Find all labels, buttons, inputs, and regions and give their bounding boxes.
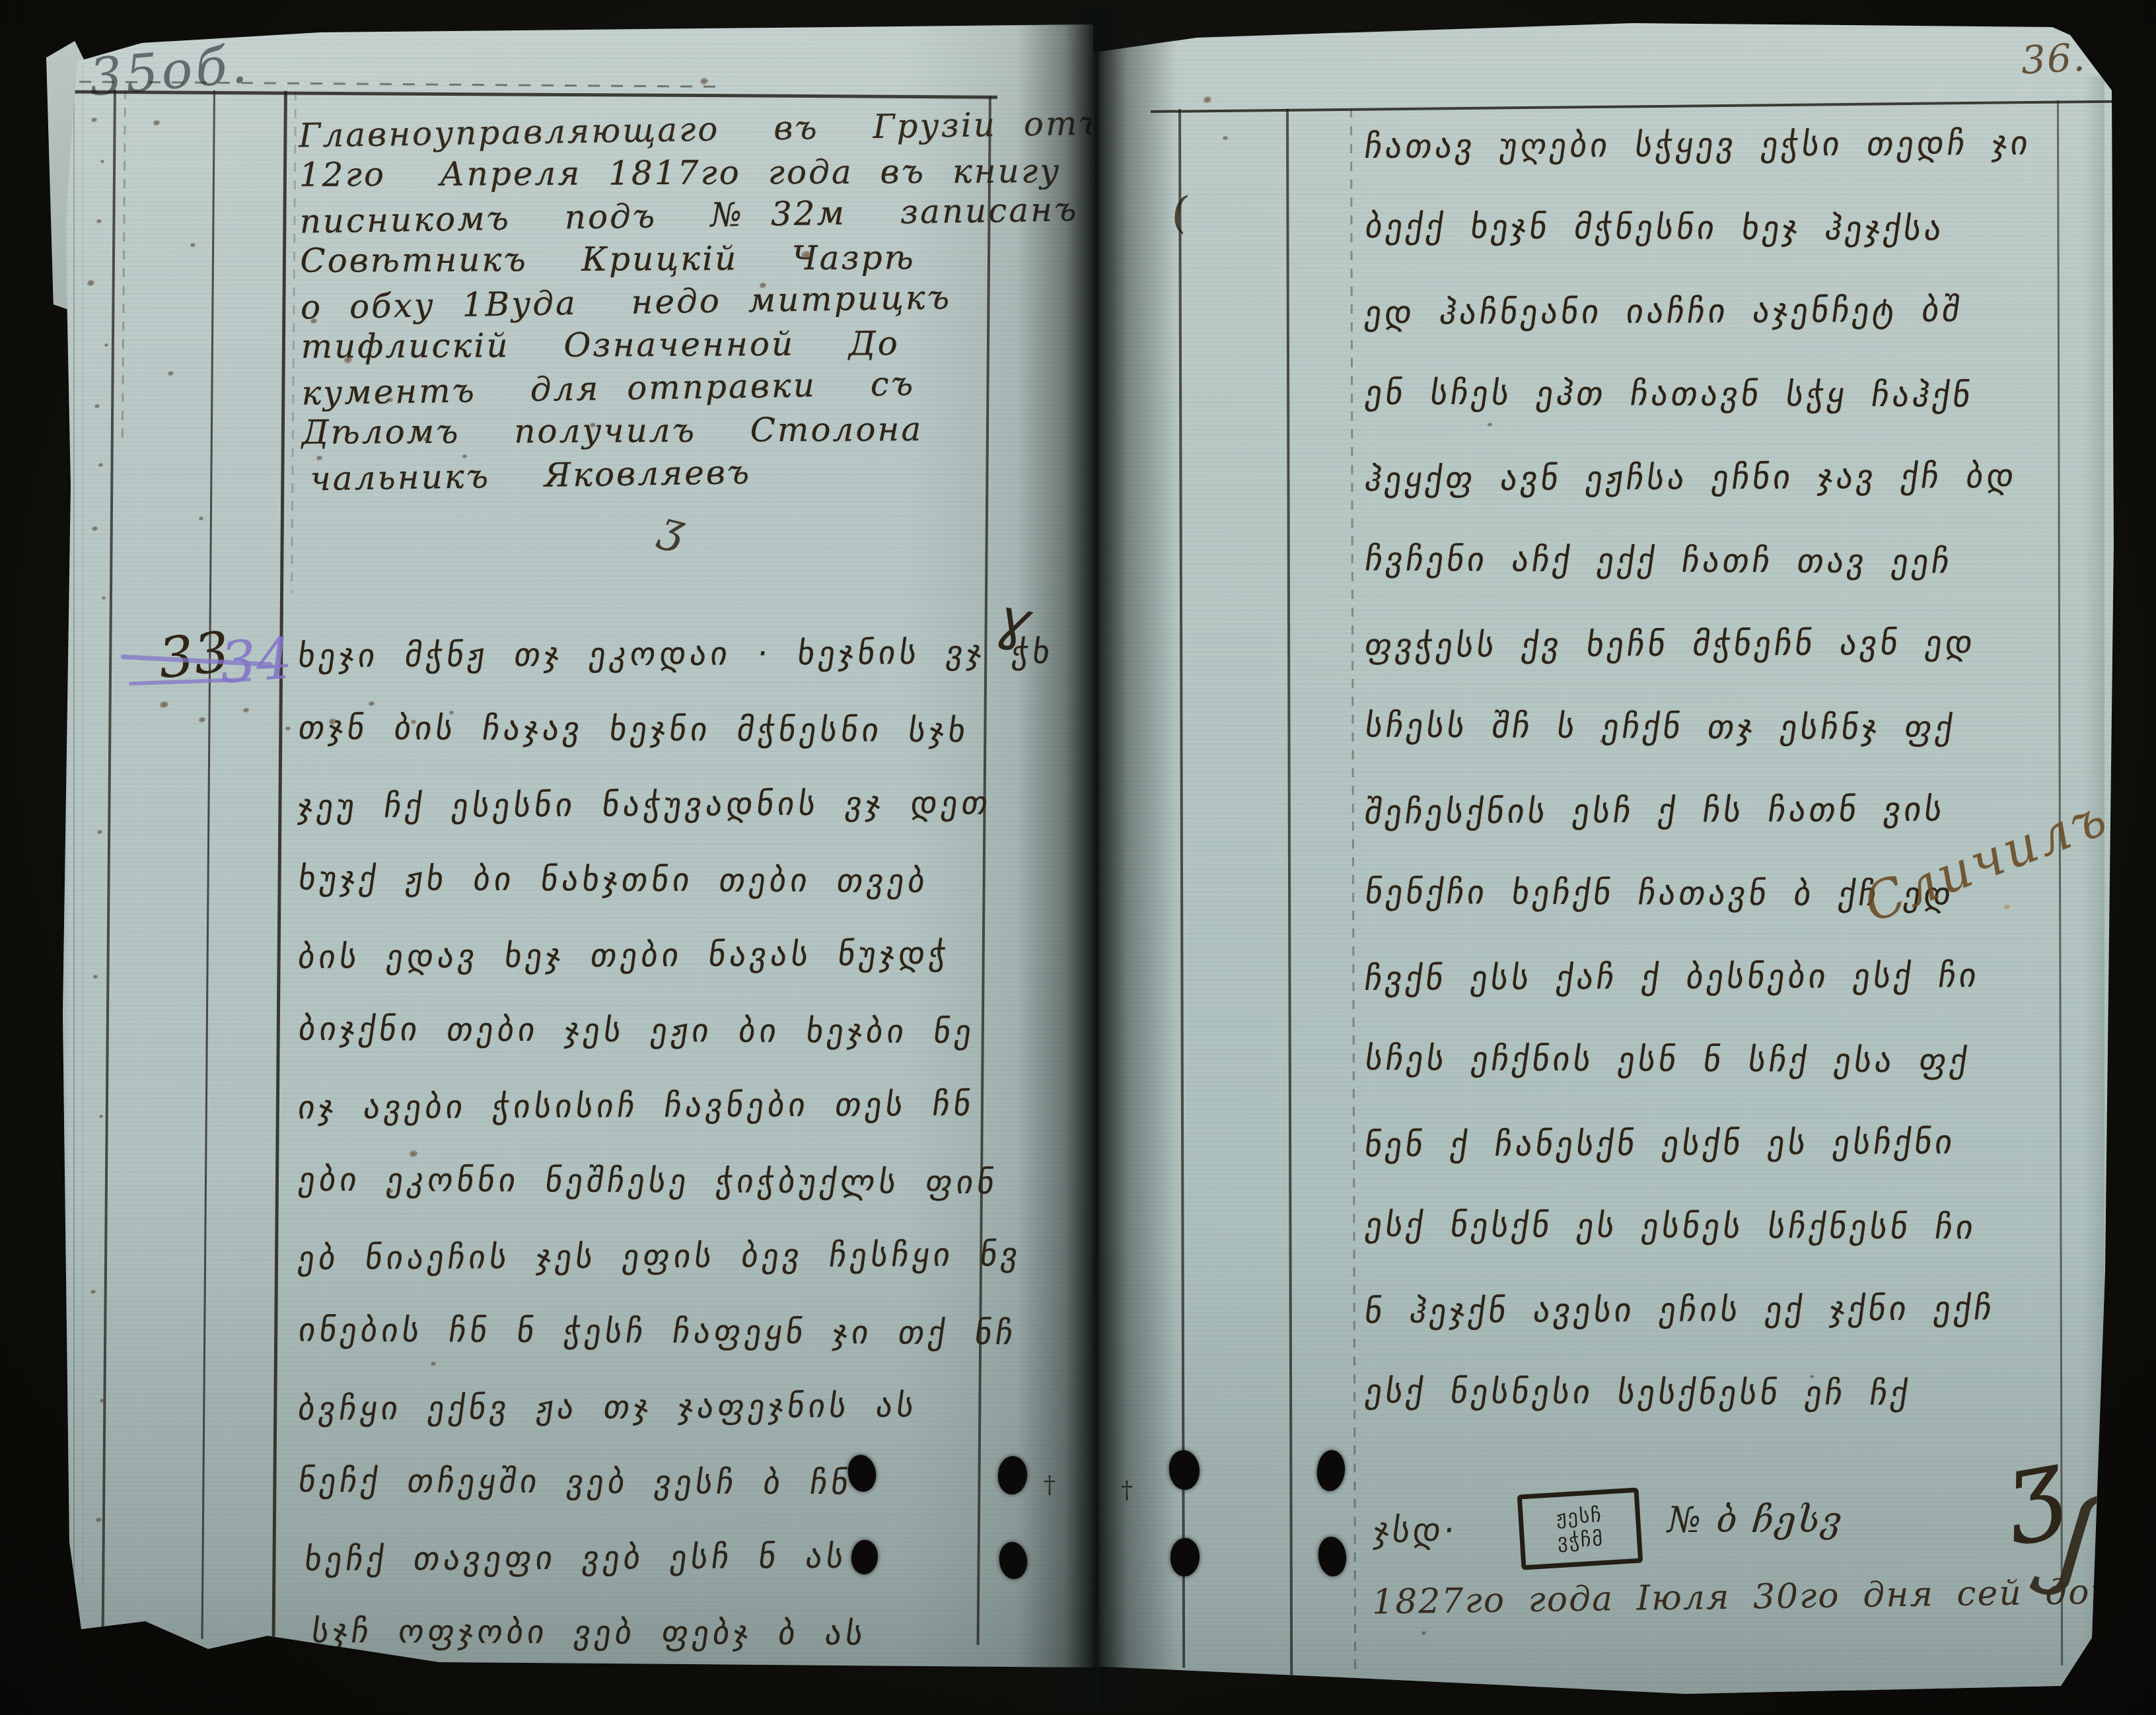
handwriting-line: ბექქ ხეჯნ მჭნესნი ხეჯ ჰეჯქსა xyxy=(1356,207,2111,294)
right-page: 36. ( ჩათავ უღები სჭყევ ეჭსი თედჩ ჯიბექქ… xyxy=(1091,17,2115,1697)
column-rule xyxy=(272,91,287,1643)
handwriting-line: სჩეს ეჩქნის ესნ ნ სჩქ ესა ფქ xyxy=(1356,1039,2111,1126)
handwriting-line: тифлискій Означенной До xyxy=(301,324,1021,370)
handwriting-line: ბიჯქნი თები ჯეს ეჟი ბი ხეჯბი ნე xyxy=(291,1010,1021,1089)
stamp-text-line: ვჭჩმ xyxy=(1557,1527,1604,1554)
page-edge-line xyxy=(73,56,75,1615)
handwriting-line: ნენ ქ ჩანესქნ ესქნ ეს ესჩქნი xyxy=(1356,1122,2111,1209)
handwriting-line: чальникъ Яковляевъ xyxy=(310,448,1023,503)
handwriting-line: ჩათავ უღები სჭყევ ეჭსი თედჩ ჯი xyxy=(1356,123,2111,211)
handwriting-line: ნ ჰეჯქნ ავესი ეჩის ექ ჯქნი ექჩ xyxy=(1356,1288,2111,1376)
handwriting-line: Совѣтникъ Крицкій Чазрѣ xyxy=(300,238,1020,285)
stamp-text-line: ჟესჩ xyxy=(1556,1504,1603,1530)
handwriting-line: ხუჯქ ჟხ ბი ნახჯთნი თები თვებ xyxy=(291,860,1021,938)
handwriting-line: ესქ ნესქნ ეს ესნეს სჩქნესნ ჩი xyxy=(1356,1206,2111,1292)
left-folio-number: 35об. xyxy=(87,35,253,108)
handwriting-line: თჯნ ბის ჩაჯავ ხეჯნი მჭნესნი სჯხ xyxy=(291,709,1021,788)
handwriting-line: ესქ ნესნესი სესქნესნ ეჩ ჩქ xyxy=(1356,1372,2111,1459)
handwriting-line: Главноуправляющаго въ Грузіи отъ xyxy=(299,105,1019,159)
handwriting-line: ბვჩყი ექნვ ჟა თჯ ჯაფეჯნის ას xyxy=(291,1386,1021,1465)
column-rule-dashed xyxy=(1350,108,1356,1677)
handwriting-line: ფვჭესს ქვ ხეჩნ მჭნეჩნ ავნ ედ xyxy=(1356,623,2111,710)
handwriting-line: кументъ для отправки съ xyxy=(301,363,1022,417)
page-edge-line xyxy=(83,63,83,1588)
handwriting-line: ჯეუ ჩქ ესესნი ნაჭუვადნის ვჯ დეთ xyxy=(291,784,1021,863)
handwriting-line: სჯჩ ოფჯობი ვებ ფებჯ ბ ას xyxy=(304,1613,1021,1691)
handwriting-line: ენ სჩეს ეჰთ ჩათავნ სჭყ ჩაჰქნ xyxy=(1356,374,2111,460)
entry-number-violet: 34 xyxy=(218,625,295,696)
stamp-suffix-text: № ბ ჩესვ xyxy=(1667,1499,1844,1541)
handwriting-line: ინების ჩნ ნ ჭესჩ ჩაფეყნ ჯი თქ ნჩ xyxy=(291,1312,1021,1390)
column-rule xyxy=(1286,109,1293,1677)
handwriting-line: ები ეკონნი ნეშჩესე ჭიჭბუქლს ფინ xyxy=(291,1161,1021,1240)
right-folio-number: 36. xyxy=(2020,34,2087,83)
russian-header-text: Главноуправляющаго въ Грузіи отъ12го Апр… xyxy=(299,107,1023,501)
handwriting-line: ედ ჰაჩნეანი იაჩჩი აჯენჩეტ ბშ xyxy=(1356,290,2111,377)
handwriting-line: ბის ედავ ხეჯ თები ნავას ნუჯდჭ xyxy=(291,934,1021,1014)
left-page: 35об. 33 34 Главноуправляющаго въ Грузіи… xyxy=(43,23,1093,1667)
handwriting-line: писникомъ подъ № 32м записанъ xyxy=(299,191,1020,245)
handwriting-line: ნეჩქ თჩეყში ვებ ვესჩ ბ ჩნ xyxy=(291,1462,1021,1541)
handwriting-line: სჩესს შჩ ს ეჩქნ თჯ ესჩნჯ ფქ xyxy=(1356,707,2111,793)
column-rule xyxy=(102,90,116,1635)
margin-pen-mark: ( xyxy=(1168,186,1192,239)
column-rule-dashed xyxy=(291,91,297,593)
pen-flourish: ʒ xyxy=(655,502,690,555)
column-rule xyxy=(1178,109,1185,1667)
handwriting-line: ხეჩქ თავეფი ვებ ესჩ ნ ას xyxy=(297,1537,1021,1616)
handwriting-line: ჰეყქფ ავნ ეჟჩსა ეჩნი ჯავ ქჩ ბდ xyxy=(1356,456,2111,543)
stamp-prefix-text: ჯსდ· xyxy=(1371,1511,1460,1551)
handwriting-line: 12го Апреля 1817го года въ книгу под xyxy=(299,152,1019,199)
archival-scan: 35об. 33 34 Главноуправляющаго въ Грузіи… xyxy=(0,0,2156,1715)
hand-drawn-stamp-box: ჟესჩ ვჭჩმ xyxy=(1517,1487,1643,1570)
handwriting-line: იჯ ავები ჭისისიჩ ჩავნები თეს ჩნ xyxy=(291,1085,1021,1164)
handwriting-line: Дѣломъ получилъ Столона xyxy=(302,409,1022,456)
georgian-body-text-left: ხეჯი მჭნჟ თჯ ეკოდაი · ხეჯნის ვჯ ჭხთჯნ ბი… xyxy=(296,635,1016,1689)
column-rule xyxy=(201,90,215,1639)
handwriting-line: ებ ნიაეჩის ჯეს ეფის ბევ ჩესჩყი ნვ xyxy=(291,1236,1021,1315)
georgian-body-text-right: ჩათავ უღები სჭყევ ეჭსი თედჩ ჯიბექქ ხეჯნ … xyxy=(1362,125,2105,1457)
handwriting-line: о обху 1Вуда недо митрицкъ xyxy=(301,277,1021,331)
handwriting-line: ჩვქნ ესს ქაჩ ქ ბესნები ესქ ჩი xyxy=(1356,956,2111,1043)
column-rule-dashed xyxy=(122,90,126,446)
handwriting-line: ხეჯი მჭნჟ თჯ ეკოდაი · ხეჯნის ვჯ ჭხ xyxy=(291,633,1021,713)
handwriting-line: ჩვჩენი აჩქ ექქ ჩათჩ თავ ეეჩ xyxy=(1356,540,2111,627)
ruled-line xyxy=(1151,100,2115,113)
